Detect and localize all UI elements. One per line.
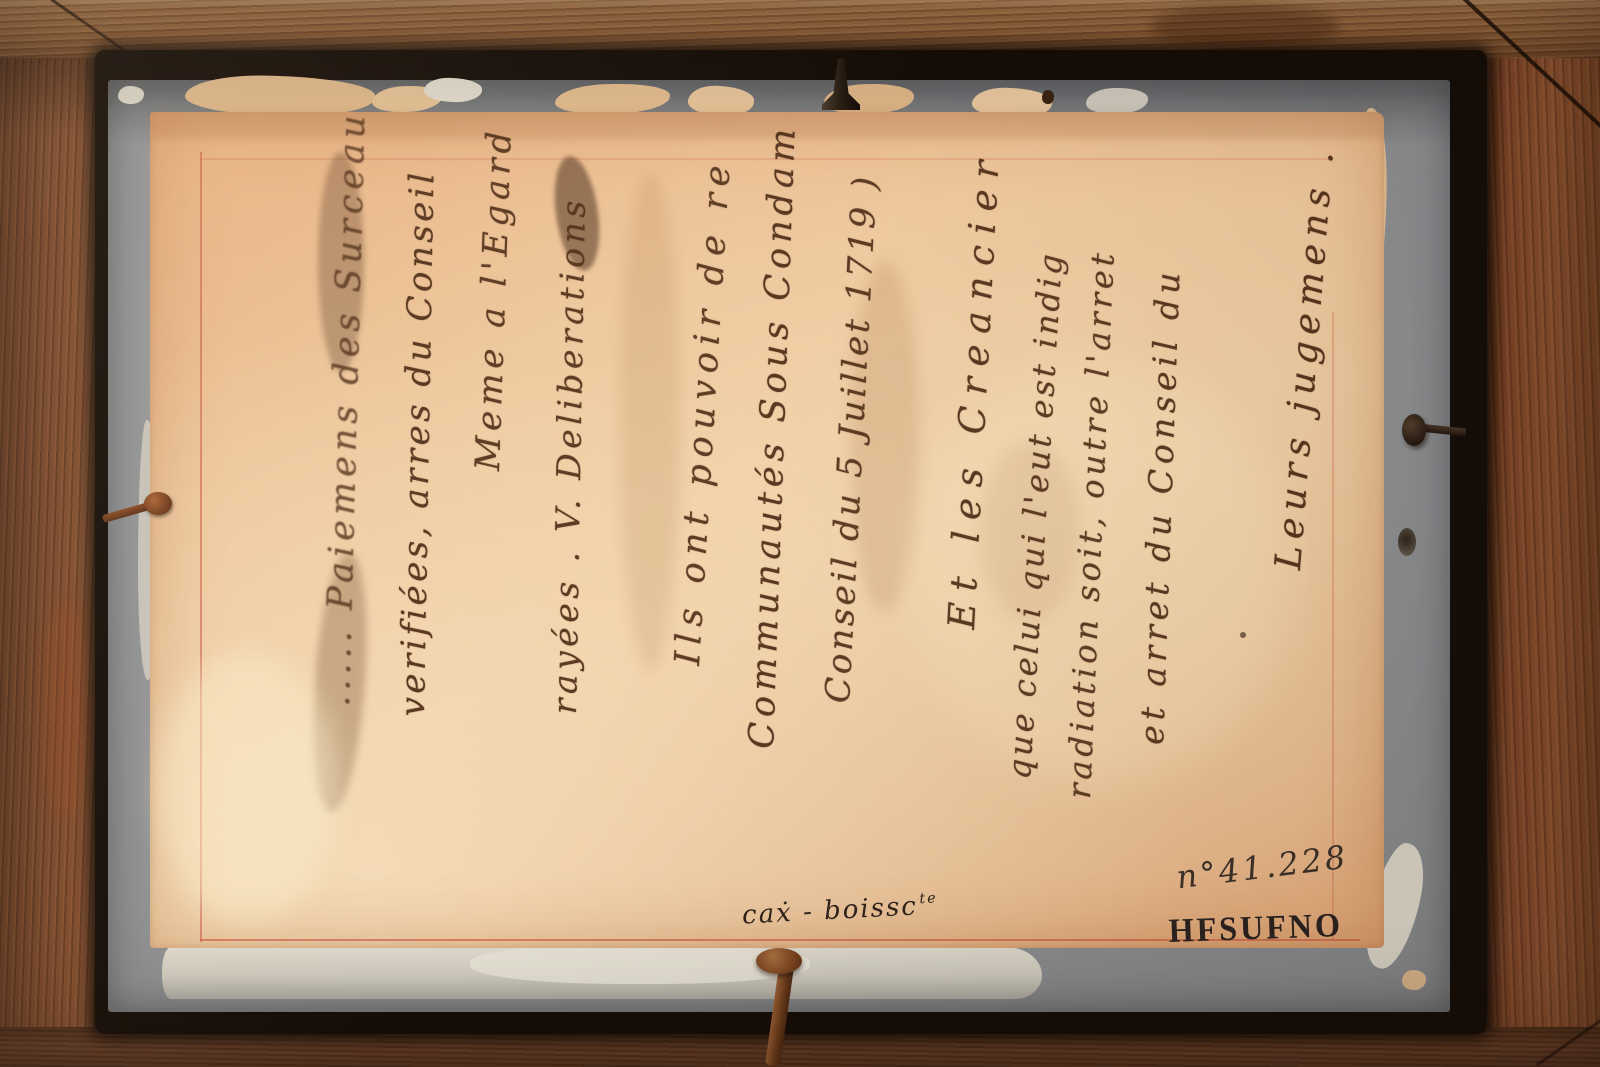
nail-left: [100, 478, 182, 548]
nail-hole-top: [1042, 90, 1054, 104]
nail-bottom-head: [756, 948, 802, 974]
nail-hole-right: [1398, 528, 1416, 556]
torn-paper-patch: [118, 86, 144, 104]
nail-bottom-shaft: [765, 965, 794, 1066]
photo-back-of-framed-document: ..... Paiemens des Surceau verifiées, ar…: [0, 0, 1600, 1067]
torn-paper-patch: [1402, 970, 1426, 990]
nail-top: [822, 58, 860, 110]
pen-annotation-superscript: te: [919, 890, 938, 907]
nail-top-body: [822, 58, 860, 110]
nail-right-head: [1402, 414, 1426, 446]
nail-right: [1402, 410, 1472, 452]
nail-left-head: [144, 492, 172, 515]
light-patch: [158, 652, 338, 922]
nail-bottom: [754, 946, 814, 1067]
collection-stamp: HFSUFNO: [1168, 907, 1344, 951]
frame-right-rail: [1480, 0, 1600, 1067]
nail-right-shaft: [1420, 424, 1467, 437]
wood-knot: [1150, 6, 1340, 48]
ink-speck: [1240, 632, 1246, 638]
wood-knot: [40, 600, 90, 820]
frame-left-rail: [0, 0, 104, 1067]
stain: [620, 172, 680, 672]
